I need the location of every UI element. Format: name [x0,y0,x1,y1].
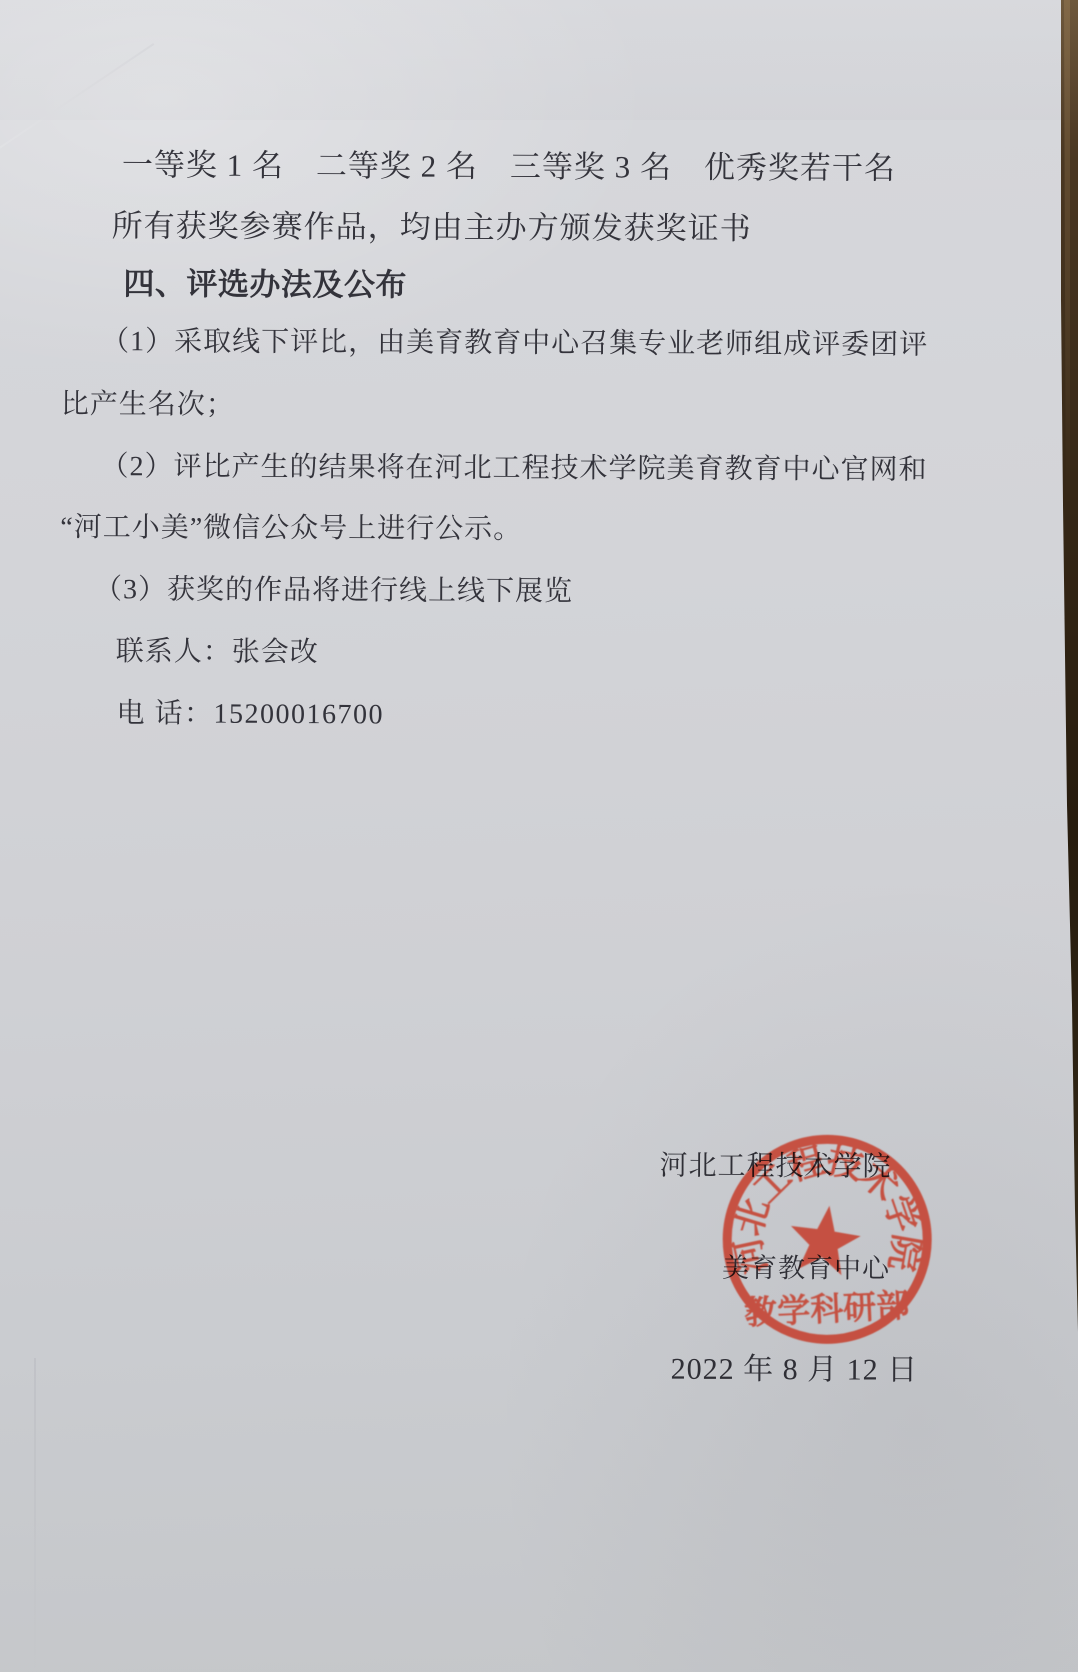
section-four-heading: 四、评选办法及公布 [123,258,407,304]
document-text-layer: 一等奖 1 名 二等奖 2 名 三等奖 3 名 优秀奖若干名 所有获奖参赛作品，… [0,0,1078,1672]
contact-person-line: 联系人：张会改 [116,629,319,670]
method-item-3-line: （3）获奖的作品将进行线上线下展览 [94,567,573,609]
photographed-document: 一等奖 1 名 二等奖 2 名 三等奖 3 名 优秀奖若干名 所有获奖参赛作品，… [0,0,1078,1672]
contact-phone-line: 电 话：15200016700 [116,691,384,732]
signing-org-name: 河北工程技术学院 [659,1144,891,1185]
signing-date: 2022 年 8 月 12 日 [671,1344,919,1389]
certificate-note-line: 所有获奖参赛作品，均由主办方颁发获奖证书 [112,200,752,248]
method-item-1-line1: （1）采取线下评比，由美育教育中心召集专业老师组成评委团评 [101,319,928,363]
method-item-2-line1: （2）评比产生的结果将在河北工程技术学院美育教育中心官网和 [100,444,927,488]
method-item-1-line2: 比产生名次； [61,382,235,423]
method-item-2-line2: “河工小美”微信公众号上进行公示。 [60,505,522,547]
seal-department-text: 教学科研部 [743,1287,910,1332]
signing-center-name: 美育教育中心 [722,1246,890,1286]
prize-tiers-line: 一等奖 1 名 二等奖 2 名 三等奖 3 名 优秀奖若干名 [122,139,896,187]
